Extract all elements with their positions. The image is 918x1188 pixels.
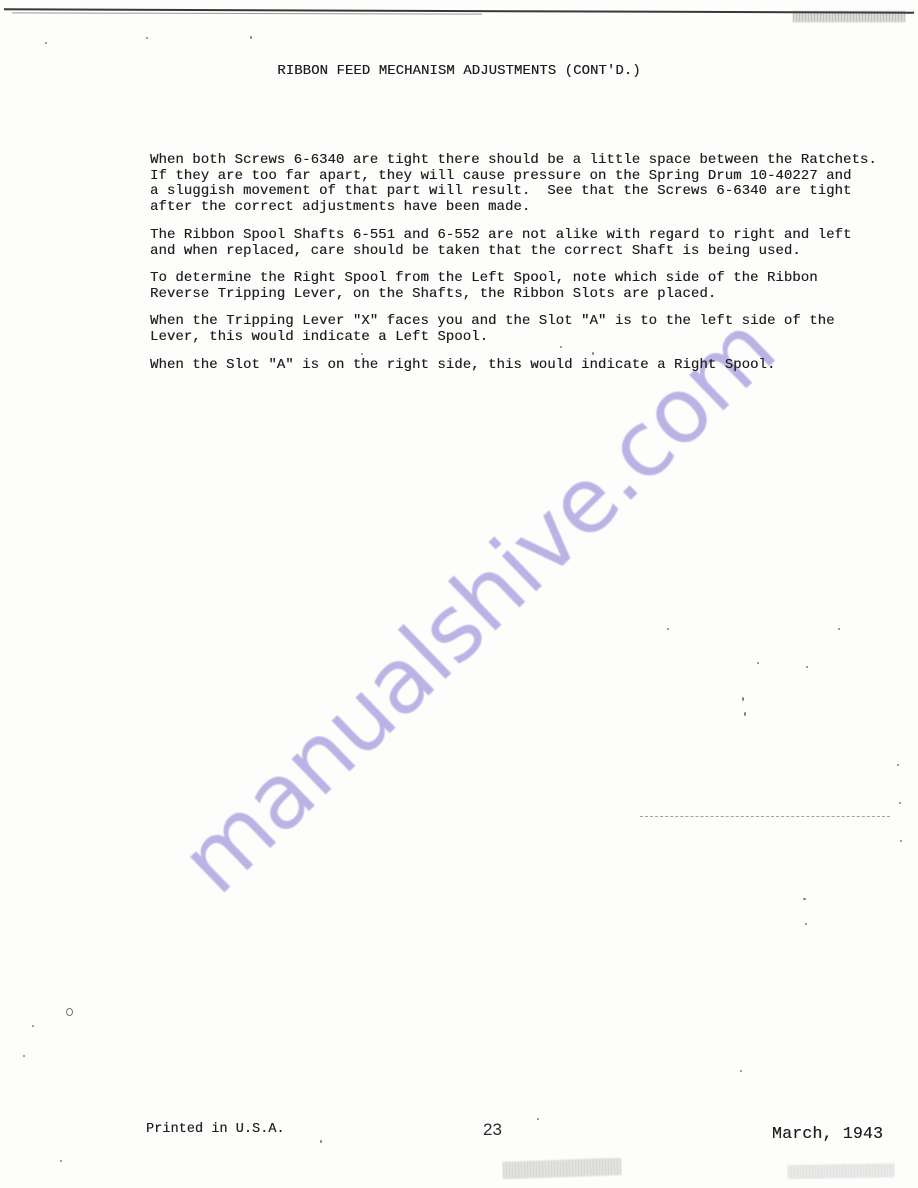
paragraph-right-spool: When the Slot "A" is on the right side, … bbox=[150, 358, 895, 374]
scan-speck bbox=[899, 802, 901, 804]
scan-smudge-bottom-center bbox=[503, 1158, 622, 1179]
scan-speck bbox=[592, 352, 594, 355]
scan-speck bbox=[667, 628, 669, 630]
scan-speck bbox=[757, 662, 759, 664]
scan-mark-ring bbox=[66, 1008, 73, 1016]
paragraph-screws-adjustment: When both Screws 6-6340 are tight there … bbox=[150, 153, 895, 215]
scan-speck bbox=[23, 1055, 25, 1057]
scan-speck bbox=[803, 898, 806, 900]
scan-speck bbox=[900, 840, 902, 842]
scan-speck bbox=[560, 346, 562, 348]
scan-smudge-bottom-right bbox=[788, 1163, 894, 1179]
watermark: manualshive.com bbox=[161, 296, 795, 914]
scan-speck bbox=[146, 37, 148, 39]
scan-smudge-top-right bbox=[793, 11, 905, 22]
footer-date: March, 1943 bbox=[772, 1126, 883, 1142]
scan-speck bbox=[742, 697, 744, 701]
scan-speck bbox=[740, 1070, 742, 1072]
scan-speck bbox=[45, 42, 47, 44]
scan-speck bbox=[838, 628, 840, 630]
scan-speck bbox=[320, 1140, 322, 1143]
scanned-manual-page: manualshive.com RIBBON FEED MECHANISM AD… bbox=[0, 0, 918, 1188]
paragraph-spool-shafts: The Ribbon Spool Shafts 6-551 and 6-552 … bbox=[150, 228, 895, 259]
scan-speck bbox=[806, 666, 808, 668]
scan-faint-line bbox=[640, 816, 890, 817]
scan-speck bbox=[250, 36, 252, 39]
footer-printed-in-usa: Printed in U.S.A. bbox=[146, 1122, 285, 1138]
page-title: RIBBON FEED MECHANISM ADJUSTMENTS (CONT'… bbox=[0, 64, 918, 80]
scan-speck bbox=[897, 764, 899, 766]
scan-edge-line-shadow bbox=[12, 12, 482, 14]
paragraph-left-spool: When the Tripping Lever "X" faces you an… bbox=[150, 314, 895, 345]
scan-speck bbox=[744, 712, 746, 716]
scan-speck bbox=[32, 1025, 34, 1027]
scan-speck bbox=[361, 353, 363, 355]
footer-page-number: 23 bbox=[483, 1120, 502, 1140]
paragraph-determine-spool: To determine the Right Spool from the Le… bbox=[150, 271, 895, 302]
scan-speck bbox=[537, 1118, 539, 1120]
scan-speck bbox=[60, 1160, 62, 1162]
scan-speck bbox=[805, 923, 807, 925]
